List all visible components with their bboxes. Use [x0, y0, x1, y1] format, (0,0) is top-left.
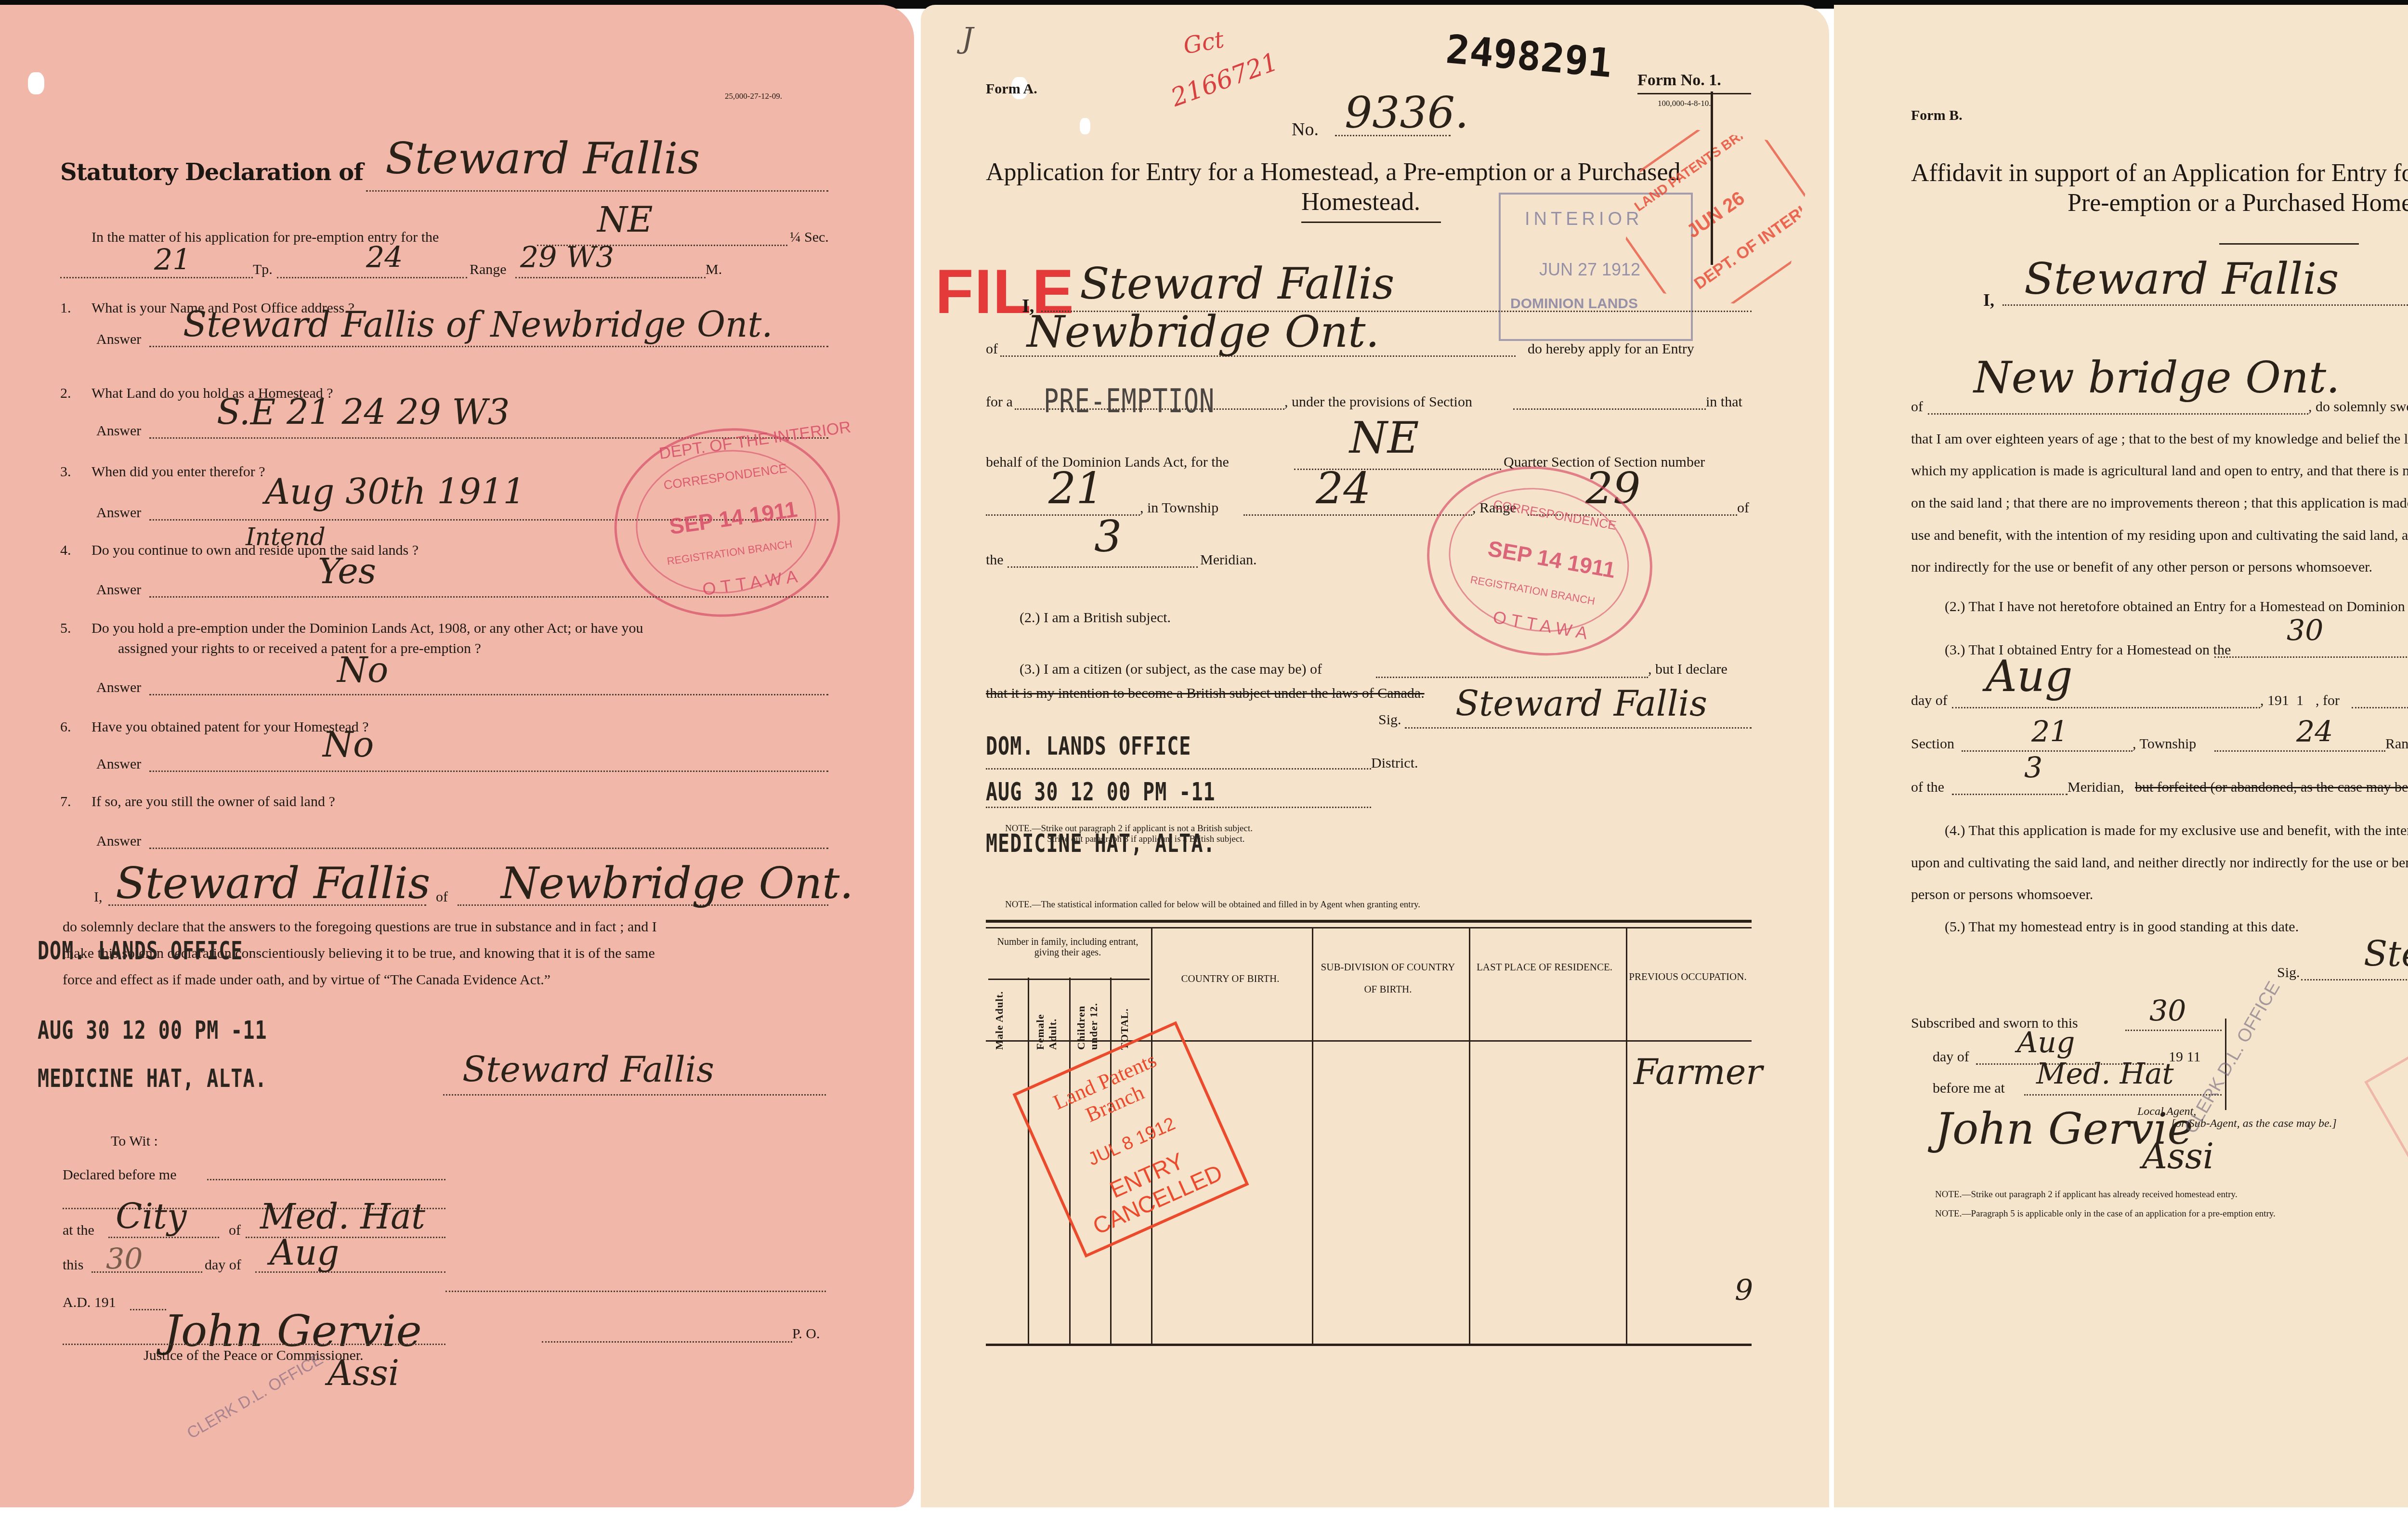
range-label: Range	[470, 262, 507, 277]
in-that-label: in that	[1706, 395, 1742, 409]
date-line	[986, 807, 1371, 808]
medicine-hat-stamp: MEDICINE HAT, ALTA.	[38, 1064, 267, 1093]
entry-cancelled-stamp: Land Patents Branch JUL 8 1912 ENTRY CAN…	[1012, 1021, 1249, 1257]
subscribed-day: 30	[2149, 997, 2186, 1026]
answer-label: Answer	[96, 583, 141, 597]
signature-line	[443, 1094, 826, 1096]
answer-7-line	[149, 848, 828, 849]
form-b-title-line-2: Pre-emption or a Purchased Homestead.	[2068, 189, 2408, 217]
question-3-number: 3.	[60, 465, 71, 479]
sub-day-of-label: day of	[1933, 1050, 1969, 1064]
answer-label: Answer	[96, 424, 141, 438]
paragraph-3c: that it is my intention to become a Brit…	[986, 686, 1425, 701]
declaration-i: I,	[94, 890, 103, 904]
before-me-line	[2024, 1094, 2222, 1096]
applicant-signature: Steward Fallis	[2364, 937, 2408, 971]
para-4-line-1: (4.) That this application is made for m…	[1945, 823, 2408, 838]
para-1-line-2: which my application is made is agricult…	[1911, 464, 2408, 478]
of-end-label: of	[1737, 501, 1749, 515]
para-4-line-2: upon and cultivating the said land, and …	[1911, 856, 2408, 870]
for-a-label: for a	[986, 395, 1013, 409]
red-note-2: 2166721	[1168, 49, 1281, 111]
section-line	[60, 277, 253, 278]
quarter-value: NE	[597, 202, 653, 237]
sig-line	[2301, 979, 2408, 980]
declarant-signature: Steward Fallis	[462, 1052, 714, 1087]
meridian-line	[1008, 566, 1198, 568]
range-line	[515, 277, 706, 278]
day-of-line	[1952, 707, 2260, 708]
table-top-rule	[986, 920, 1752, 923]
affidavit-form-b-page: Form B. Affidavit in support of an Appli…	[1834, 5, 2408, 1507]
quarter-value: NE	[1349, 417, 1419, 460]
in-township-label: , in Township	[1140, 501, 1218, 515]
title-ornament	[1301, 222, 1441, 223]
this-value: 30	[106, 1245, 143, 1274]
ink-stroke	[1711, 91, 1713, 265]
of-label: of	[986, 342, 998, 356]
before-me-at-label: before me at	[1933, 1081, 2005, 1096]
section-value: 21	[2031, 718, 2068, 746]
occupation-value: Farmer	[1634, 1055, 1763, 1089]
note-2: NOTE.—Paragraph 5 is applicable only in …	[1935, 1209, 2276, 1219]
jp-signature-line	[63, 1344, 445, 1345]
date-stamp: AUG 30 12 00 PM -11	[986, 778, 1216, 807]
behalf-text: behalf of the Dominion Lands Act, for th…	[986, 455, 1229, 470]
question-7-number: 7.	[60, 795, 71, 809]
meridian-struck-text: but forfeited (or abandoned, as the case…	[2135, 780, 2408, 795]
col-female-adult: Female Adult.	[1034, 982, 1059, 1050]
at-the-label: at the	[63, 1223, 94, 1238]
po-line	[542, 1341, 792, 1343]
applicant-name-handwritten: Steward Fallis	[385, 137, 700, 181]
family-header: Number in family, including entrant, giv…	[988, 937, 1147, 958]
punch-hole	[28, 72, 44, 94]
declared-before-line	[207, 1179, 445, 1180]
quarter-line	[2352, 707, 2408, 708]
clerk-stamp: CLERK D.L. OFFICE	[184, 1350, 327, 1443]
form-no-underline	[1637, 93, 1751, 94]
answer-label: Answer	[96, 332, 141, 347]
ad-label: A.D. 191	[63, 1295, 116, 1310]
answer-6-line	[149, 771, 828, 772]
red-note-1: Gct	[1181, 28, 1226, 58]
range-value: 29 W3	[520, 243, 614, 272]
entry-day-value: 30	[2287, 616, 2323, 645]
no-label: No.	[1292, 120, 1319, 139]
question-5-text-cont: assigned your rights to or received a pa…	[118, 641, 481, 656]
jp-suffix: Assi	[327, 1356, 399, 1390]
of-value: Newbridge Ont.	[1027, 311, 1379, 354]
subscribed-day-line	[2125, 1030, 2222, 1031]
answer-5-line	[149, 694, 828, 695]
answer-1-value: Steward Fallis of Newbridge Ont.	[183, 307, 772, 342]
apply-text: do hereby apply for an Entry	[1528, 342, 1694, 356]
township-value: 24	[2296, 718, 2333, 746]
answer-2-value: S.E 21 24 29 W3	[217, 395, 510, 430]
of-label: of	[229, 1223, 241, 1238]
of-value: New bridge Ont.	[1974, 356, 2340, 400]
para-1-line-1: that I am over eighteen years of age ; t…	[1911, 432, 2408, 446]
day-of-label: day of	[205, 1258, 241, 1272]
m-label: M.	[706, 262, 722, 277]
declaration-place: Newbridge Ont.	[501, 862, 853, 905]
declaration-text-1: do solemnly declare that the answers to …	[63, 920, 657, 934]
application-form-a-page: J Gct 2166721 2498291 Form A. Form No. 1…	[921, 5, 1829, 1507]
township-line	[2214, 750, 2385, 752]
provisions-text: , under the provisions of Section	[1284, 395, 1472, 409]
question-5-number: 5.	[60, 621, 71, 636]
of-label: of	[1911, 400, 1923, 414]
applicant-name: Steward Fallis	[1080, 262, 1395, 306]
table-header-rule	[986, 1040, 1752, 1042]
i-label: I,	[1983, 291, 1994, 309]
swear-text: , do solemnly swear (or affirm, as the c…	[2308, 400, 2408, 414]
at-the-value: City	[116, 1199, 187, 1234]
meridian-label: Meridian.	[1200, 553, 1256, 567]
col-male-adult: Male Adult.	[993, 982, 1006, 1050]
faint-bleedthrough-stamp	[2364, 978, 2408, 1261]
paragraph-2: (2.) I am a British subject.	[1020, 611, 1171, 625]
day-of-value: Aug	[270, 1235, 339, 1270]
para-1-line-5: nor indirectly for the use or benefit of…	[1911, 560, 2372, 575]
form-code: 100,000-4-8-10.	[1658, 99, 1711, 108]
question-4-number: 4.	[60, 543, 71, 558]
township-line	[277, 277, 467, 278]
of-line	[1928, 413, 2308, 415]
dept-interior-oval-stamp: DEPT. OF THE INTERIOR CORRESPONDENCE SEP…	[602, 414, 852, 631]
statutory-declaration-page: 25,000-27-12-09. Statutory Declaration o…	[0, 5, 914, 1507]
of-the-label: of the	[1911, 780, 1944, 795]
bottom-mark: 9	[1735, 1276, 1753, 1305]
answer-4-value: Yes	[318, 554, 376, 588]
form-a-title-line-2: Homestead.	[1301, 188, 1420, 216]
question-7-text: If so, are you still the owner of said l…	[92, 795, 335, 809]
col-last-place: LAST PLACE OF RESIDENCE.	[1470, 956, 1619, 978]
township-value: 24	[1316, 467, 1371, 510]
para-1-line-4: use and benefit, with the intention of m…	[1911, 528, 2408, 543]
note-3: NOTE.—The statistical information called…	[1005, 900, 1420, 910]
form-code: 25,000-27-12-09.	[725, 91, 782, 101]
answer-5-value: No	[337, 653, 388, 687]
paragraph-3b: , but I declare	[1648, 662, 1727, 677]
form-b-label: Form B.	[1911, 108, 1963, 123]
at-the-line	[108, 1237, 219, 1238]
col-country-of-birth: COUNTRY OF BIRTH.	[1152, 973, 1309, 985]
applicant-name: Steward Fallis	[2024, 258, 2339, 301]
form-a-label: Form A.	[986, 82, 1037, 96]
jp-signature: John Gervie	[164, 1310, 422, 1353]
declared-before-label: Declared before me	[63, 1168, 177, 1182]
applicant-signature: Steward Fallis	[1455, 686, 1707, 721]
section-value: 21	[154, 246, 191, 274]
township-value: 24	[366, 243, 403, 272]
para-1-line-3: on the said land ; that there are no imp…	[1911, 496, 2408, 510]
form-no-label: Form No. 1.	[1637, 72, 1721, 89]
no-value: 9336.	[1345, 91, 1469, 135]
day-of-value: Aug	[1986, 655, 2073, 698]
answer-3-value: Aug 30th 1911	[265, 474, 525, 509]
of-value: Med. Hat	[260, 1199, 425, 1234]
quarter-suffix: ¼ Sec.	[790, 230, 829, 245]
answer-label: Answer	[96, 834, 141, 849]
tp-label: Tp.	[253, 262, 273, 277]
declaration-text-3: force and effect as if made under oath, …	[63, 973, 550, 987]
sub-month: Aug	[2017, 1028, 2075, 1057]
sig-label: Sig.	[2277, 966, 2300, 980]
answer-label: Answer	[96, 757, 141, 771]
question-3-text: When did you enter therefor ?	[92, 465, 265, 479]
table-top-rule-2	[986, 927, 1752, 928]
agent-suffix: Assi	[2142, 1139, 2214, 1174]
answer-1-line	[149, 346, 828, 347]
question-1-number: 1.	[60, 301, 71, 315]
for-label: , for	[2316, 693, 2340, 708]
title-underline	[366, 190, 828, 192]
col-children: Children under 12.	[1075, 982, 1100, 1050]
meridian-text: Meridian,	[2068, 780, 2124, 795]
ad-line	[130, 1309, 166, 1310]
district-label: District.	[1371, 756, 1418, 771]
corner-mark: J	[962, 24, 973, 53]
section-provision-line	[1513, 408, 1706, 410]
before-me-value: Med. Hat	[2036, 1059, 2174, 1088]
answer-4-line	[149, 596, 828, 598]
col-subdivision: SUB-DIVISION OF COUNTRY OF BIRTH.	[1313, 956, 1463, 1000]
dom-lands-office-stamp: DOM. LANDS OFFICE	[38, 937, 243, 966]
form-a-title-line-1: Application for Entry for a Homestead, a…	[986, 158, 1681, 186]
answer-6-value: No	[323, 727, 374, 762]
applicant-name-line	[2002, 304, 2408, 306]
pre-emption-stamp: PRE-EMPTION	[1044, 383, 1215, 420]
this-label: this	[63, 1258, 83, 1272]
day-of-label: day of	[1911, 693, 1948, 708]
para-4-line-3: person or persons whomsoever.	[1911, 888, 2093, 902]
title-ornament	[2219, 243, 2359, 245]
citizen-line	[1376, 677, 1648, 678]
entry-day-line	[2214, 656, 2408, 658]
question-2-number: 2.	[60, 386, 71, 401]
po-label: P. O.	[792, 1327, 820, 1341]
dom-lands-office-stamp: DOM. LANDS OFFICE	[986, 732, 1191, 761]
year-label: , 191	[2260, 693, 2289, 708]
answer-label: Answer	[96, 506, 141, 520]
punch-hole	[1080, 118, 1090, 134]
sig-label: Sig.	[1378, 713, 1401, 727]
note-1: NOTE.—Strike out paragraph 2 if applican…	[1935, 1189, 2238, 1200]
form-b-title-line-1: Affidavit in support of an Application f…	[1911, 159, 2408, 187]
blank-line	[445, 1291, 826, 1292]
col-previous-occupation: PREVIOUS OCCUPATION.	[1626, 966, 1749, 988]
question-6-number: 6.	[60, 720, 71, 734]
section-line	[1962, 750, 2133, 752]
meridian-value: 3	[1094, 515, 1122, 559]
year-value: 1	[2296, 693, 2303, 708]
declaration-of: of	[436, 890, 448, 904]
township-label: , Township	[2133, 737, 2196, 751]
medicine-hat-stamp: MEDICINE HAT, ALTA.	[986, 829, 1216, 858]
paragraph-5: (5.) That my homestead entry is in good …	[1945, 920, 2299, 934]
section-value: 21	[1048, 467, 1104, 510]
declaration-name: Steward Fallis	[116, 862, 431, 905]
the-label: the	[986, 553, 1004, 567]
declaration-title: Statutory Declaration of	[60, 159, 363, 186]
table-bottom-rule	[986, 1344, 1752, 1346]
file-number-stamp: 2498291	[1444, 26, 1614, 87]
sig-line	[1405, 727, 1752, 729]
to-wit: To Wit :	[111, 1134, 158, 1149]
section-label: Section	[1911, 737, 1954, 751]
paragraph-3a: (3.) I am a citizen (or subject, as the …	[1020, 662, 1322, 677]
meridian-value: 3	[2024, 754, 2042, 783]
date-stamp: AUG 30 12 00 PM -11	[38, 1016, 267, 1045]
answer-label: Answer	[96, 680, 141, 695]
range-label: Range	[2385, 737, 2408, 751]
meridian-line	[1952, 794, 2068, 795]
question-5-text: Do you hold a pre-emption under the Domi…	[92, 621, 643, 636]
paragraph-2: (2.) That I have not heretofore obtained…	[1945, 600, 2408, 614]
col-total: TOTAL.	[1118, 982, 1131, 1050]
district-line	[986, 768, 1371, 770]
